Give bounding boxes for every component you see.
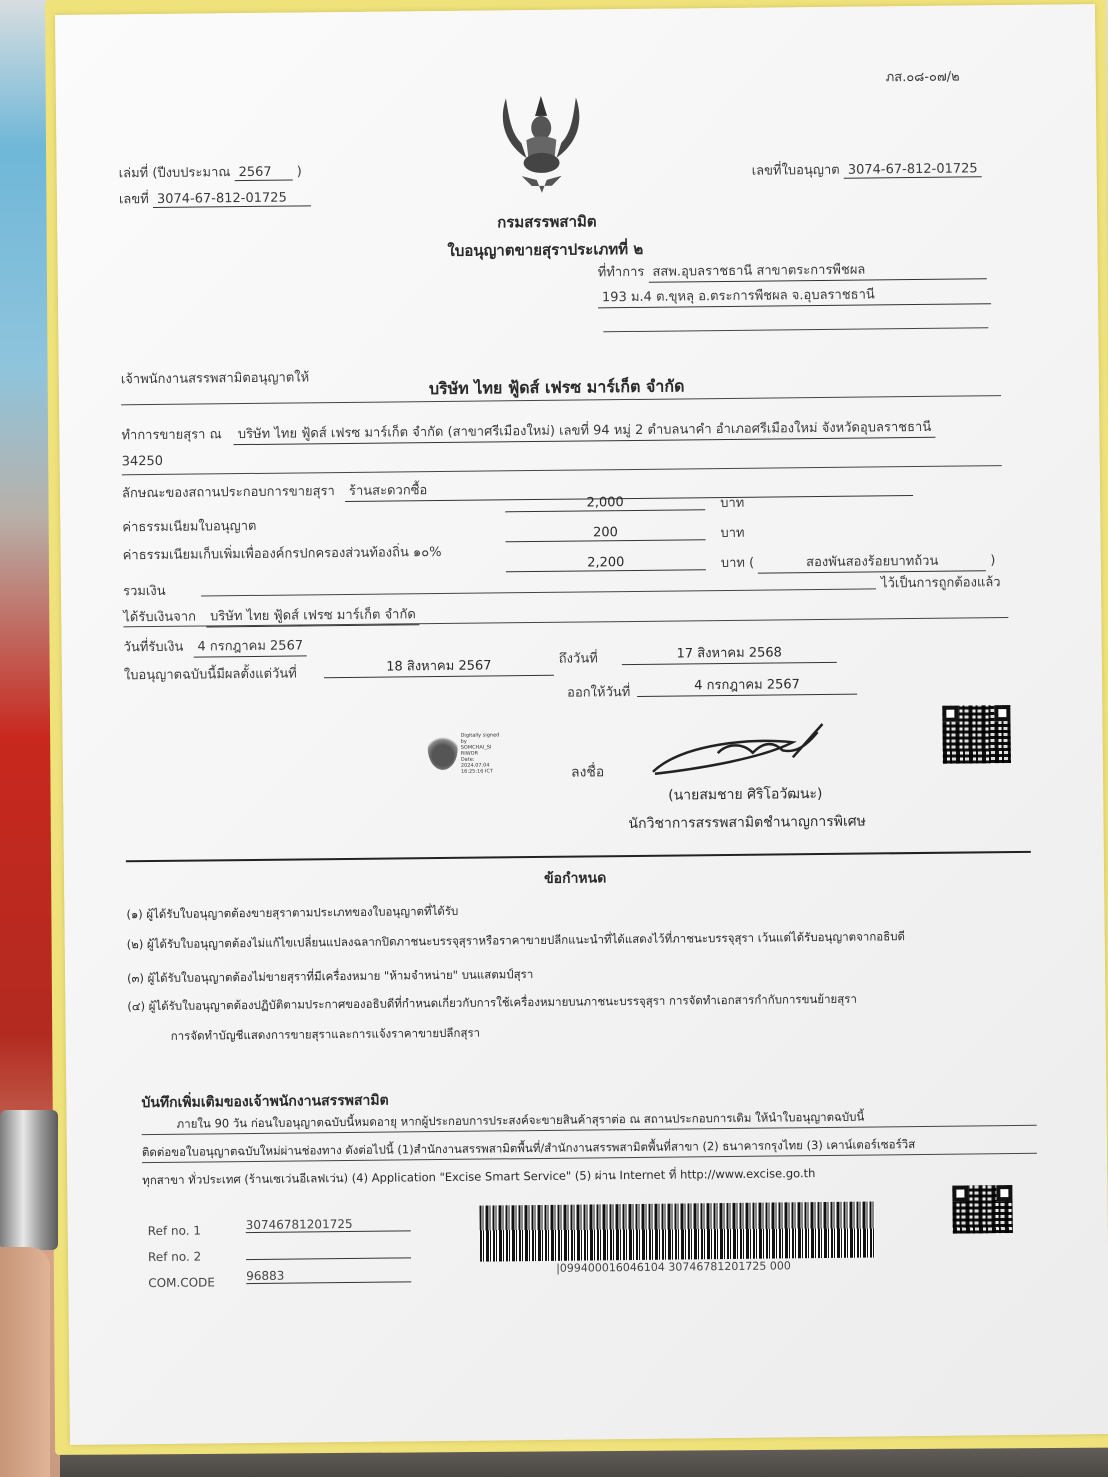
valid-from-label: ใบอนุญาตฉบับนี้มีผลตั้งแต่วันที่: [124, 663, 297, 686]
total-unit: บาท (: [721, 556, 754, 571]
section-divider: [126, 851, 1031, 862]
valid-from-value: 18 สิงหาคม 2567: [324, 654, 554, 678]
form-code: ภส.๐๘-๐๗/๒: [886, 66, 960, 88]
payment-barcode: [479, 1201, 875, 1261]
valid-to-label: ถึงวันที่: [559, 647, 598, 668]
license-number-value: 3074-67-812-01725: [844, 161, 982, 178]
qr-code-bottom: [952, 1185, 1012, 1234]
qr-code-top: [942, 705, 1011, 764]
notes-line-3: ทุกสาขา ทั่วประเทศ (ร้านเซเว่นอีเลฟเว่น)…: [142, 1165, 815, 1190]
condition-item-2: (๒) ผู้ได้รับใบอนุญาตต้องไม่แก้ไขเปลี่ยน…: [127, 928, 905, 954]
office-line2: 193 ม.4 ต.ขุหลุ อ.ตระการพืชผล จ.อุบลราชธ…: [598, 282, 991, 308]
issued-label: ออกให้วันที่: [567, 681, 630, 703]
license-document: ภส.๐๘-๐๗/๒ เล่มที่ (ปีงบประมาณ 2567 ) เล…: [55, 4, 1108, 1445]
location-label: ทำการขายสุรา ณ: [121, 427, 221, 443]
comcode-label: COM.CODE: [148, 1275, 215, 1290]
signer-position: นักวิชาการสรรพสามิตชำนาญการพิเศษ: [628, 811, 866, 835]
dsig-line: 16:25:16 ICT: [461, 768, 500, 774]
office-label: ที่ทำการ: [598, 265, 645, 280]
ref2-value: [246, 1243, 411, 1260]
comcode-value: 96883: [246, 1267, 411, 1284]
condition-item-4-cont: การจัดทำบัญชีแสดงการขายสุราและการแจ้งราค…: [171, 1025, 481, 1046]
issued-value: 4 กรกฎาคม 2567: [637, 673, 857, 697]
local-fee-unit: บาท: [720, 522, 744, 543]
office-field: ที่ทำการ สสพ.อุบลราชธานี สาขาตระการพืชผล: [598, 257, 987, 283]
total-words-field: บาท ( สองพันสองร้อยบาทถ้วน ): [721, 549, 996, 574]
valid-to-value: 17 สิงหาคม 2568: [622, 641, 837, 665]
handwritten-signature: [642, 712, 843, 784]
total-label: รวมเงิน: [123, 580, 166, 601]
total-value: 2,200: [506, 554, 706, 572]
office-line1: สสพ.อุบลราชธานี สาขาตระการพืชผล: [648, 257, 986, 283]
grantee-label: เจ้าพนักงานสรรพสามิตอนุญาตให้: [121, 366, 310, 389]
correct-note: ไว้เป็นการถูกต้องแล้ว: [881, 571, 1001, 593]
ref1-label: Ref no. 1: [148, 1224, 201, 1239]
number-field: เลขที่ 3074-67-812-01725: [119, 186, 311, 209]
document-title: ใบอนุญาตขายสุราประเภทที่ ๒: [447, 237, 643, 263]
sign-label: ลงชื่อ: [571, 761, 605, 783]
signer-name: (นายสมชาย ศิริโอวัฒนะ): [668, 783, 823, 807]
digital-signature-note: Digitally signed by SOMCHAI_SI RIWOR Dat…: [461, 732, 500, 774]
payment-date-label: วันที่รับเงิน: [124, 640, 184, 656]
number-label: เลขที่: [119, 192, 149, 207]
ref2-label: Ref no. 2: [148, 1250, 201, 1265]
license-fee-label: ค่าธรรมเนียมใบอนุญาต: [122, 515, 256, 537]
office-blank-line: [603, 327, 988, 332]
condition-item-4: (๔) ผู้ได้รับใบอนุญาตต้องปฏิบัติตามประกา…: [127, 991, 857, 1017]
local-fee-value: 200: [505, 524, 705, 542]
ref1-value: 30746781201725: [246, 1216, 411, 1233]
volume-field: เล่มที่ (ปีงบประมาณ 2567 ): [119, 160, 302, 183]
location-postcode: 34250: [122, 454, 164, 469]
conditions-title: ข้อกำหนด: [544, 867, 606, 890]
location-value: บริษัท ไทย ฟู้ดส์ เฟรซ มาร์เก็ต จำกัด (ส…: [234, 416, 936, 445]
volume-close: ): [297, 164, 302, 179]
license-fee-value: 2,000: [505, 494, 705, 512]
ring: [0, 1110, 58, 1250]
license-fee-unit: บาท: [720, 492, 744, 513]
business-type-label: ลักษณะของสถานประกอบการขายสุรา: [122, 484, 335, 501]
location-field: ทำการขายสุรา ณ บริษัท ไทย ฟู้ดส์ เฟรซ มา…: [121, 416, 935, 447]
payment-date-field: วันที่รับเงิน 4 กรกฎาคม 2567: [124, 634, 308, 658]
total-words: สองพันสองร้อยบาทถ้วน: [758, 549, 986, 573]
received-from-label: ได้รับเงินจาก: [123, 610, 196, 626]
volume-label: เล่มที่ (ปีงบประมาณ: [119, 165, 231, 181]
volume-value: 2567: [234, 165, 292, 182]
number-value: 3074-67-812-01725: [153, 190, 311, 208]
hand-thumb: [0, 1247, 50, 1477]
license-number-label: เลขที่ใบอนุญาต: [752, 163, 840, 179]
notes-title: บันทึกเพิ่มเติมของเจ้าพนักงานสรรพสามิต: [141, 1090, 388, 1115]
department-name: กรมสรรพสามิต: [497, 209, 597, 234]
barcode-text: |099400016046104 30746781201725 000: [556, 1259, 791, 1274]
digital-seal-icon: [428, 734, 458, 770]
condition-item-1: (๑) ผู้ได้รับใบอนุญาตต้องขายสุราตามประเภ…: [126, 903, 458, 924]
payment-date-value: 4 กรกฎาคม 2567: [193, 634, 307, 657]
total-close: ): [990, 553, 995, 568]
license-number-field: เลขที่ใบอนุญาต 3074-67-812-01725: [752, 157, 982, 180]
garuda-emblem-icon: [491, 87, 592, 198]
local-fee-label: ค่าธรรมเนียมเก็บเพิ่มเพื่อองค์กรปกครองส่…: [123, 541, 442, 565]
payment-upper-line: [201, 588, 876, 596]
office-address: 193 ม.4 ต.ขุหลุ อ.ตระการพืชผล จ.อุบลราชธ…: [598, 282, 991, 308]
condition-item-3: (๓) ผู้ได้รับใบอนุญาตต้องไม่ขายสุราที่มี…: [127, 966, 533, 988]
